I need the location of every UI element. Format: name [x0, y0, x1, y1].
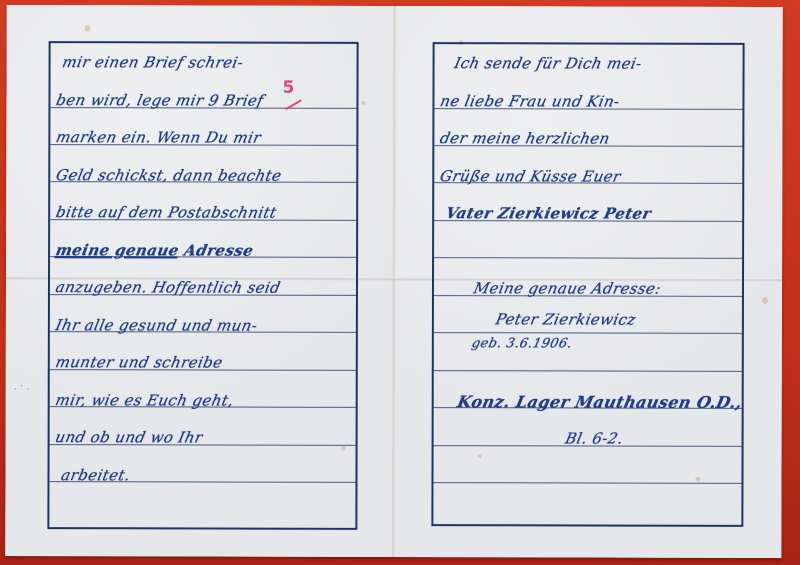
- handwritten-line: und ob und wo Ihr: [54, 428, 205, 446]
- handwritten-line: munter und schreibe: [54, 353, 225, 371]
- block-number: Bl. 6-2.: [564, 429, 625, 447]
- ruled-line: [433, 482, 741, 484]
- red-correction-number: 5: [282, 78, 294, 98]
- ruled-line: [434, 257, 742, 259]
- signature-line: Vater Zierkiewicz Peter: [444, 204, 653, 223]
- paper-stain: [762, 297, 768, 304]
- handwritten-line: Ich sende für Dich mei-: [453, 54, 644, 72]
- ruled-line: [434, 332, 742, 334]
- ink-speck: · ˙ ·: [14, 385, 30, 395]
- address-heading: Meine genaue Adresse:: [472, 279, 663, 297]
- handwritten-line: Geld schickst, dann beachte: [54, 166, 283, 185]
- handwritten-line: bitte auf dem Postabschnitt: [54, 203, 278, 222]
- paper-stain: [85, 25, 91, 31]
- birth-date: geb. 3.6.1906.: [470, 336, 573, 351]
- handwritten-line: ben wird, lege mir 9 Brief: [55, 91, 266, 110]
- handwritten-line: marken ein. Wenn Du mir: [54, 128, 262, 147]
- handwritten-line: Ihr alle gesund und mun-: [54, 316, 259, 335]
- handwritten-line: Grüße und Küsse Euer: [438, 167, 622, 185]
- ruled-line: [434, 370, 742, 372]
- handwritten-line-underlined: meine genaue meine genaue Adresse Adress…: [54, 241, 255, 260]
- handwritten-line: der meine herzlichen: [438, 129, 611, 147]
- handwritten-line: anzugeben. Hoffentlich seid: [54, 278, 282, 297]
- handwritten-word: Adresse: [182, 241, 255, 259]
- address-name: Peter Zierkiewicz: [494, 310, 638, 328]
- camp-name: Konz. Lager Mauthausen O.D.,: [456, 392, 745, 412]
- handwritten-line: ne liebe Frau und Kin-: [439, 92, 622, 110]
- handwritten-line: mir einen Brief schrei-: [61, 53, 246, 71]
- letter-sheet: · ˙ · mir einen Brief schrei- ben wird, …: [5, 5, 782, 558]
- handwritten-line: arbeitet.: [60, 466, 133, 484]
- paper-stain: [361, 101, 365, 105]
- underlined-phrase: meine genaue: [54, 241, 181, 259]
- handwritten-line: mir, wie es Euch geht,: [54, 391, 236, 409]
